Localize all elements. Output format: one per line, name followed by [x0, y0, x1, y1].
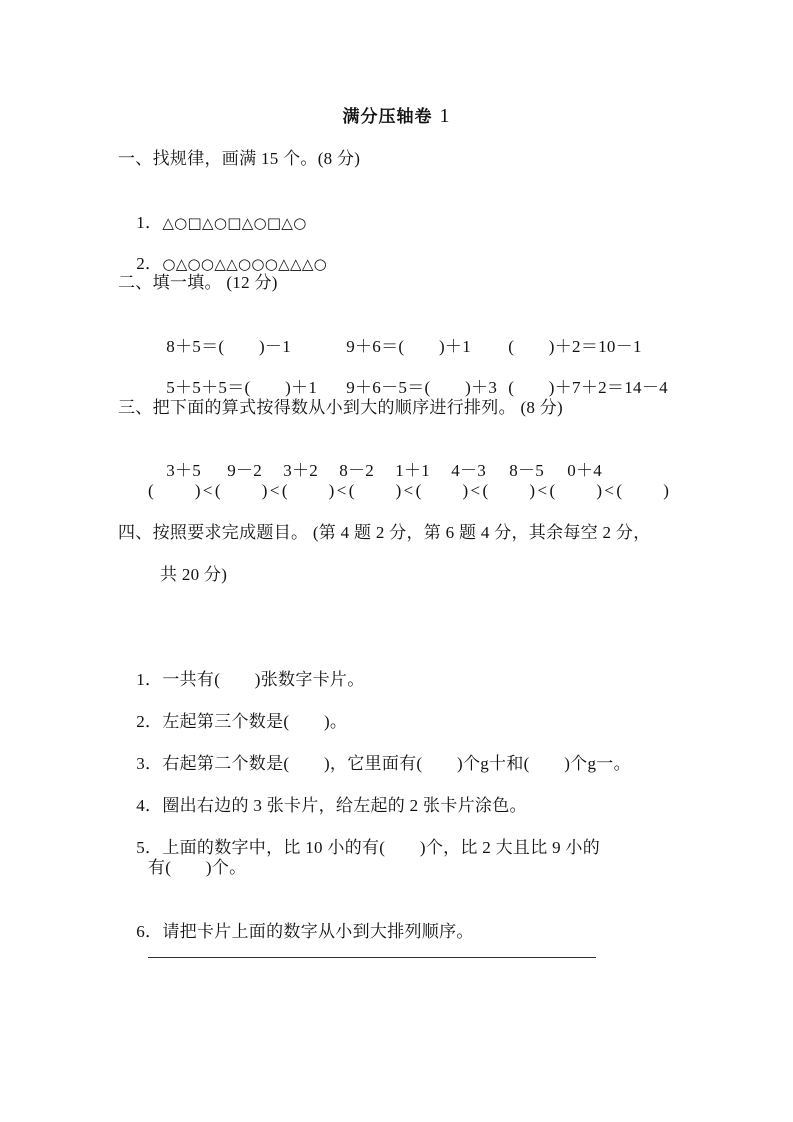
section-4-heading: 四、按照要求完成题目。 (第 4 题 2 分，第 6 题 4 分，其余每空 2 … — [118, 522, 651, 544]
fill-blank-equation: 9＋6－5＝( )＋3 — [346, 377, 508, 399]
expression: 4－3 — [451, 460, 509, 482]
section-1-heading: 一、找规律，画满 15 个。(8 分) — [118, 148, 360, 170]
shape-pattern-1: △○□△○□△○□△○ — [162, 214, 306, 232]
page-title: 满分压轴卷 1 — [0, 104, 793, 129]
question-text: 右起第二个数是( )，它里面有( )个g十和( )个g一。 — [162, 754, 631, 773]
exam-page: 满分压轴卷 1 一、找规律，画满 15 个。(8 分) 1．△○□△○□△○□△… — [0, 0, 793, 1122]
expression: 1＋1 — [395, 460, 451, 482]
question-text: 一共有( )张数字卡片。 — [162, 670, 364, 689]
fill-blank-equation: ( )＋7＋2＝14－4 — [508, 377, 668, 399]
expression: 3＋2 — [283, 460, 339, 482]
section-2-heading: 二、填一填。 (12 分) — [118, 272, 278, 294]
question-text: 左起第三个数是( )。 — [162, 712, 347, 731]
question-label: 3． — [136, 754, 162, 773]
question-6: 6．请把卡片上面的数字从小到大排列顺序。 — [118, 899, 474, 965]
expression: 0＋4 — [567, 460, 602, 482]
question-label: 2． — [136, 712, 162, 731]
question-label: 4． — [136, 796, 162, 815]
section-4-heading-cont: 共 20 分) — [160, 564, 227, 586]
question-5-cont: 有( )个。 — [148, 857, 246, 879]
section-3-heading: 三、把下面的算式按得数从小到大的顺序进行排列。 (8 分) — [118, 397, 563, 419]
question-text: 圈出右边的 3 张卡片，给左起的 2 张卡片涂色。 — [162, 796, 527, 815]
fill-blank-equation: 5＋5＋5＝( )＋1 — [166, 377, 346, 399]
expression: 8－2 — [339, 460, 395, 482]
question-label: 5． — [136, 838, 162, 857]
answer-line[interactable] — [148, 957, 596, 958]
question-label: 6． — [136, 922, 162, 941]
ordering-blanks: ( )<( )<( )<( )<( )<( )<( )<( ) — [148, 480, 671, 502]
question-label: 1． — [136, 670, 162, 689]
expression: 8－5 — [509, 460, 567, 482]
item-label: 2． — [136, 254, 162, 273]
shape-pattern-2: ○△○○△△○○○△△△○ — [162, 255, 327, 273]
question-text: 上面的数字中，比 10 小的有( )个，比 2 大且比 9 小的 — [162, 838, 600, 857]
expression: 9－2 — [227, 460, 283, 482]
question-text: 请把卡片上面的数字从小到大排列顺序。 — [162, 922, 473, 941]
title-text: 满分压轴卷 — [343, 107, 433, 127]
expression: 3＋5 — [166, 460, 227, 482]
item-label: 1． — [136, 213, 162, 232]
title-number: 1 — [439, 105, 450, 127]
